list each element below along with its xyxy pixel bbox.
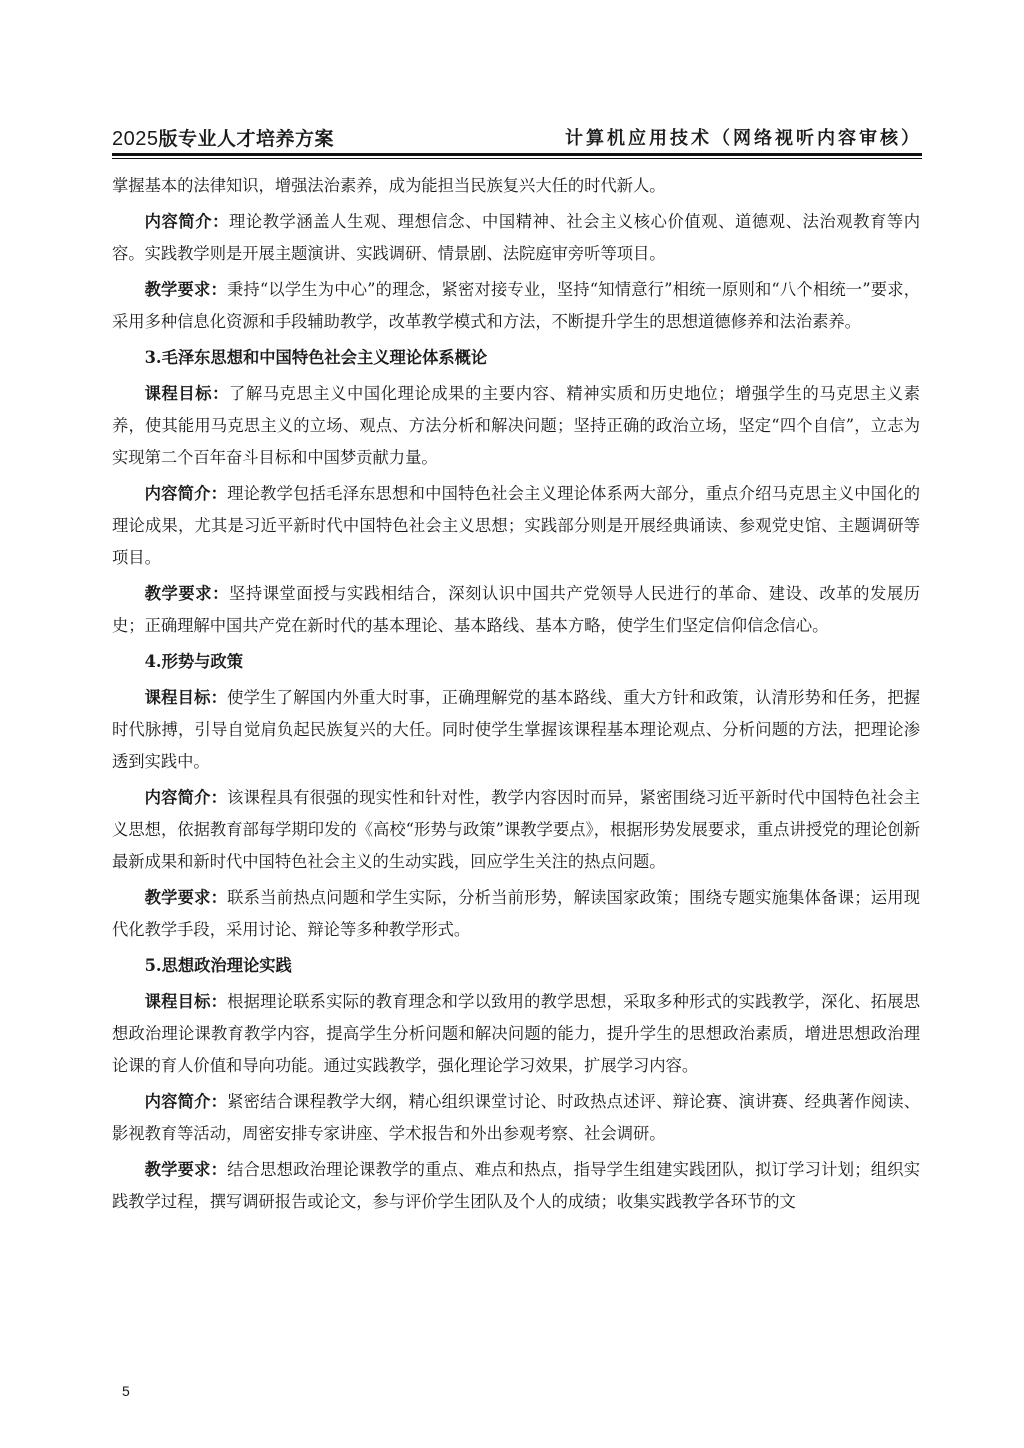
section4-heading: 4.形势与政策 (112, 646, 920, 678)
section3-teaching-requirements: 教学要求：坚持课堂面授与实践相结合，深刻认识中国共产党领导人民进行的革命、建设、… (112, 578, 920, 642)
section5-content-intro: 内容简介：紧密结合课程教学大纲，精心组织课堂讨论、时政热点述评、辩论赛、演讲赛、… (112, 1086, 920, 1150)
section3-content-intro: 内容简介：理论教学包括毛泽东思想和中国特色社会主义理论体系两大部分，重点介绍马克… (112, 478, 920, 574)
section2-teaching-requirements: 教学要求：秉持“以学生为中心”的理念，紧密对接专业，坚持“知情意行”相统一原则和… (112, 274, 920, 338)
header-document-title: 2025版专业人才培养方案 (112, 124, 334, 151)
content-label: 内容简介： (145, 788, 228, 807)
goal-text: 了解马克思主义中国化理论成果的主要内容、精神实质和历史地位；增强学生的马克思主义… (112, 384, 920, 467)
requirements-text: 结合思想政治理论课教学的重点、难点和热点，指导学生组建实践团队，拟订学习计划；组… (112, 1160, 920, 1211)
section2-content-intro: 内容简介：理论教学涵盖人生观、理想信念、中国精神、社会主义核心价值观、道德观、法… (112, 206, 920, 270)
content-label: 内容简介： (145, 1092, 228, 1111)
requirements-label: 教学要求： (145, 584, 229, 603)
requirements-label: 教学要求： (145, 280, 227, 299)
section5-heading: 5.思想政治理论实践 (112, 950, 920, 982)
goal-text: 使学生了解国内外重大时事，正确理解党的基本路线、重大方针和政策，认清形势和任务，… (112, 688, 920, 771)
section3-heading: 3.毛泽东思想和中国特色社会主义理论体系概论 (112, 342, 920, 374)
content-text: 该课程具有很强的现实性和针对性，教学内容因时而异，紧密围绕习近平新时代中国特色社… (112, 788, 920, 871)
goal-text: 根据理论联系实际的教育理念和学以致用的教学思想，采取多种形式的实践教学，深化、拓… (112, 992, 920, 1075)
header-rule-thin (112, 158, 922, 159)
section3-course-goal: 课程目标：了解马克思主义中国化理论成果的主要内容、精神实质和历史地位；增强学生的… (112, 378, 920, 474)
content-text: 理论教学涵盖人生观、理想信念、中国精神、社会主义核心价值观、道德观、法治观教育等… (112, 212, 920, 263)
header-year: 2025 (112, 128, 159, 150)
document-body: 掌握基本的法律知识，增强法治素养，成为能担当民族复兴大任的时代新人。 内容简介：… (112, 170, 920, 1222)
requirements-text: 联系当前热点问题和学生实际，分析当前形势，解读国家政策；围绕专题实施集体备课；运… (112, 888, 920, 939)
content-text: 紧密结合课程教学大纲，精心组织课堂讨论、时政热点述评、辩论赛、演讲赛、经典著作阅… (112, 1092, 920, 1143)
section4-content-intro: 内容简介：该课程具有很强的现实性和针对性，教学内容因时而异，紧密围绕习近平新时代… (112, 782, 920, 878)
header-left-title: 版专业人才培养方案 (159, 129, 335, 150)
header-program-name: 计算机应用技术（网络视听内容审核） (565, 124, 922, 150)
paragraph-intro-tail: 掌握基本的法律知识，增强法治素养，成为能担当民族复兴大任的时代新人。 (112, 170, 920, 202)
section5-teaching-requirements: 教学要求：结合思想政治理论课教学的重点、难点和热点，指导学生组建实践团队，拟订学… (112, 1154, 920, 1218)
goal-label: 课程目标： (145, 384, 229, 403)
page-number: 5 (122, 1383, 130, 1399)
requirements-text: 秉持“以学生为中心”的理念，紧密对接专业，坚持“知情意行”相统一原则和“八个相统… (112, 280, 920, 331)
section4-teaching-requirements: 教学要求：联系当前热点问题和学生实际，分析当前形势，解读国家政策；围绕专题实施集… (112, 882, 920, 946)
requirements-label: 教学要求： (145, 888, 228, 907)
goal-label: 课程目标： (145, 992, 228, 1011)
section5-course-goal: 课程目标：根据理论联系实际的教育理念和学以致用的教学思想，采取多种形式的实践教学… (112, 986, 920, 1082)
requirements-text: 坚持课堂面授与实践相结合，深刻认识中国共产党领导人民进行的革命、建设、改革的发展… (112, 584, 920, 635)
header-rule-thick (112, 153, 922, 156)
section4-course-goal: 课程目标：使学生了解国内外重大时事，正确理解党的基本路线、重大方针和政策，认清形… (112, 682, 920, 778)
content-text: 理论教学包括毛泽东思想和中国特色社会主义理论体系两大部分，重点介绍马克思主义中国… (112, 484, 920, 567)
page-header: 2025版专业人才培养方案 计算机应用技术（网络视听内容审核） (112, 122, 922, 152)
requirements-label: 教学要求： (145, 1160, 228, 1179)
content-label: 内容简介： (145, 484, 228, 503)
goal-label: 课程目标： (145, 688, 228, 707)
content-label: 内容简介： (145, 212, 229, 231)
